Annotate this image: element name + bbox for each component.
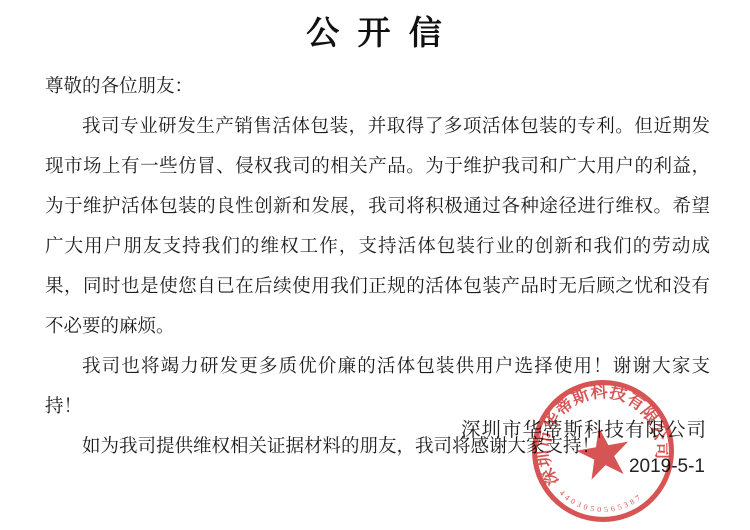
seal-serial-number: 4403050565387 — [557, 475, 647, 523]
letter-body: 尊敬的各位朋友： 我司专业研发生产销售活体包装，并取得了多项活体包装的专利。但近… — [45, 67, 710, 467]
page-title: 公 开 信 — [0, 0, 750, 54]
greeting-line: 尊敬的各位朋友： — [45, 67, 710, 107]
svg-text:4403050565387: 4403050565387 — [557, 475, 647, 523]
signature-company: 深圳市华蒂斯科技有限公司 — [461, 414, 707, 442]
open-letter-page: 公 开 信 尊敬的各位朋友： 我司专业研发生产销售活体包装，并取得了多项活体包装… — [0, 0, 750, 530]
paragraph-1: 我司专业研发生产销售活体包装，并取得了多项活体包装的专利。但近期发现市场上有一些… — [45, 107, 710, 347]
signature-date: 2019-5-1 — [629, 456, 705, 478]
